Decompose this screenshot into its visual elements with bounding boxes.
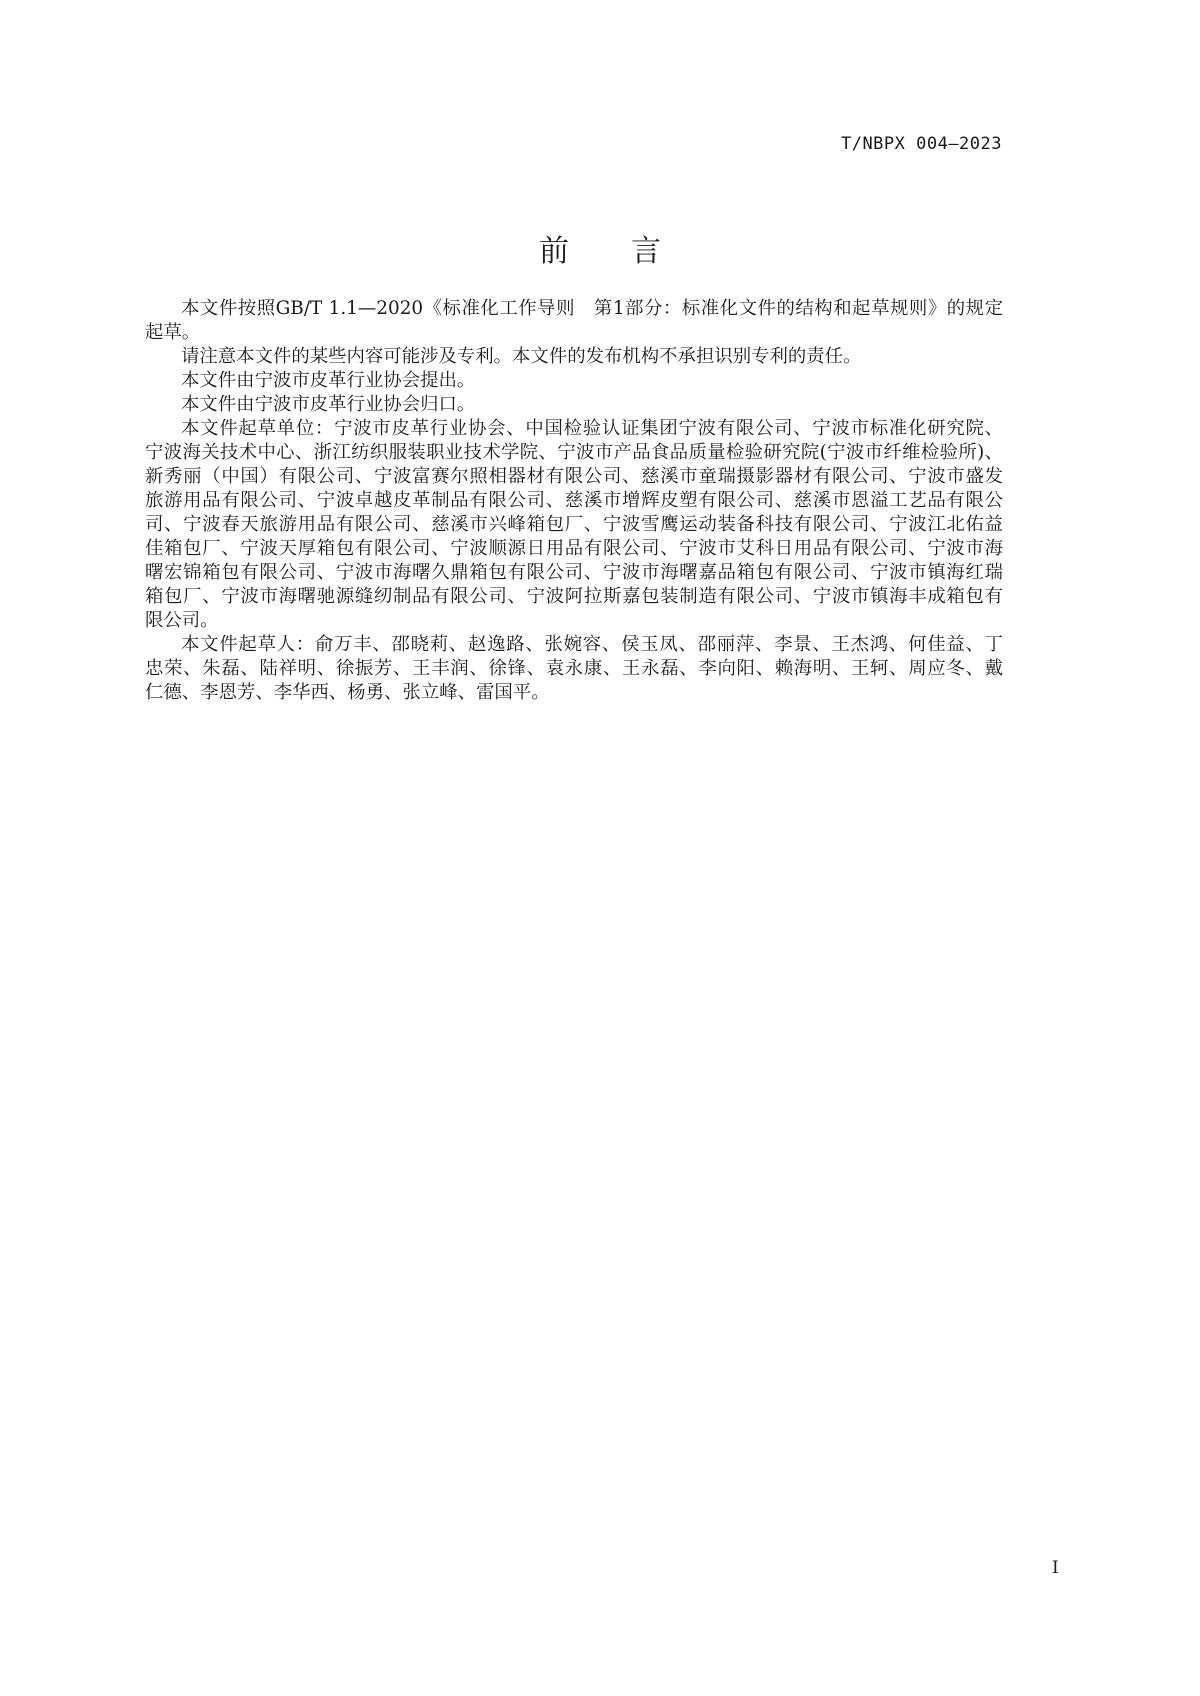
- paragraph-line: 本文件由宁波市皮革行业协会归口。: [145, 393, 1003, 417]
- foreword-body: 本文件按照GB/T 1.1—2020《标准化工作导则 第1部分：标准化文件的结构…: [145, 297, 1003, 705]
- title-char-2: 言: [631, 226, 661, 270]
- paragraph-line: 旅游用品有限公司、宁波卓越皮革制品有限公司、慈溪市增辉皮塑有限公司、慈溪市恩溢工…: [145, 489, 1003, 513]
- paragraph-line: 本文件按照GB/T 1.1—2020《标准化工作导则 第1部分：标准化文件的结构…: [145, 297, 1003, 321]
- document-code: T/NBPX 004—2023: [841, 134, 1002, 154]
- paragraph-line: 起草。: [145, 321, 1003, 345]
- paragraph-line: 仁德、李恩芳、李华西、杨勇、张立峰、雷国平。: [145, 681, 1003, 705]
- paragraph-line: 箱包厂、宁波市海曙驰源缝纫制品有限公司、宁波阿拉斯嘉包装制造有限公司、宁波市镇海…: [145, 585, 1003, 609]
- paragraph-line: 曙宏锦箱包有限公司、宁波市海曙久鼎箱包有限公司、宁波市海曙嘉品箱包有限公司、宁波…: [145, 561, 1003, 585]
- title-char-1: 前: [539, 226, 569, 270]
- page-title: 前言: [0, 226, 1200, 270]
- paragraph-line: 限公司。: [145, 609, 1003, 633]
- paragraph-line: 司、宁波春天旅游用品有限公司、慈溪市兴峰箱包厂、宁波雪鹰运动装备科技有限公司、宁…: [145, 513, 1003, 537]
- paragraph-line: 佳箱包厂、宁波天厚箱包有限公司、宁波顺源日用品有限公司、宁波市艾科日用品有限公司…: [145, 537, 1003, 561]
- paragraph-line: 新秀丽（中国）有限公司、宁波富赛尔照相器材有限公司、慈溪市童瑞摄影器材有限公司、…: [145, 465, 1003, 489]
- paragraph-line: 宁波海关技术中心、浙江纺织服装职业技术学院、宁波市产品食品质量检验研究院(宁波市…: [145, 441, 1003, 465]
- paragraph-line: 本文件起草单位：宁波市皮革行业协会、中国检验认证集团宁波有限公司、宁波市标准化研…: [145, 417, 1003, 441]
- paragraph-line: 本文件由宁波市皮革行业协会提出。: [145, 369, 1003, 393]
- paragraph-line: 请注意本文件的某些内容可能涉及专利。本文件的发布机构不承担识别专利的责任。: [145, 345, 1003, 369]
- paragraph-line: 忠荣、朱磊、陆祥明、徐振芳、王丰润、徐锋、袁永康、王永磊、李向阳、赖海明、王轲、…: [145, 657, 1003, 681]
- paragraph-line: 本文件起草人：俞万丰、邵晓莉、赵逸路、张婉容、侯玉凤、邵丽萍、李景、王杰鸿、何佳…: [145, 633, 1003, 657]
- page-number: I: [1052, 1558, 1059, 1578]
